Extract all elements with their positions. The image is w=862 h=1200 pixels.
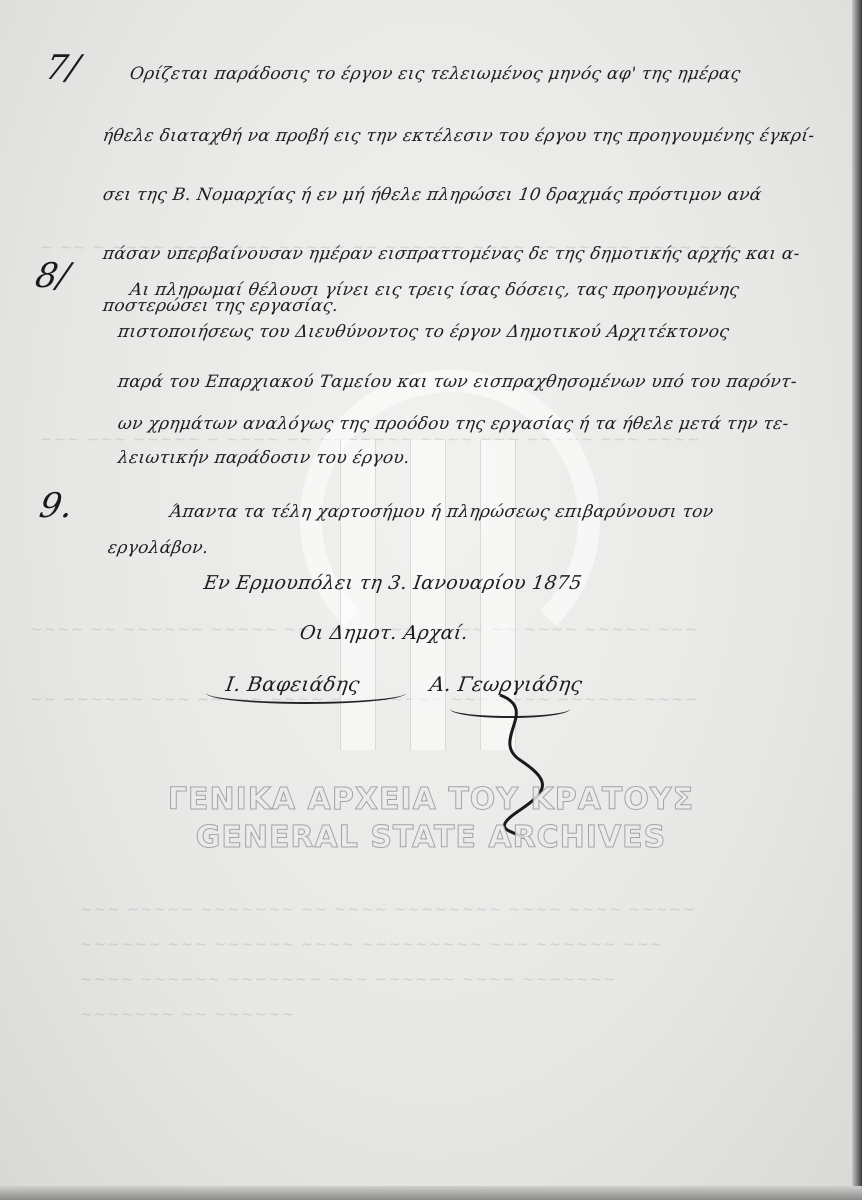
manuscript-line: ων χρημάτων αναλόγως της προόδου της εργ… (117, 414, 790, 434)
manuscript-line: παρά του Επαρχιακού Ταμείου και των εισπ… (117, 372, 799, 392)
place-and-date: Εν Ερμουπόλει τη 3. Ιανουαρίου 1875 (202, 572, 583, 594)
signature-flourish (206, 682, 406, 704)
manuscript-line: πιστοποιήσεως του Διευθύνοντος το έργον … (117, 322, 731, 342)
manuscript-line: Αι πληρωμαί θέλουσι γίνει εις τρεις ίσας… (129, 280, 741, 300)
paragraph-number: 7/ (42, 48, 82, 88)
bleed-through-text: ~~~~ ~~~~~~ ~~~~~~~ ~~~ ~~~~~~ ~~~~ ~~~~… (80, 970, 862, 988)
bleed-through-text: ~~~~~~ ~~~ ~~~~~~ ~~~~ ~~~~~~~~~ ~~~ ~~~… (80, 935, 862, 953)
manuscript-line: εργολάβον. (107, 538, 210, 558)
seal-bar-shape (410, 440, 446, 750)
paragraph-number: 9. (36, 486, 76, 526)
page-edge-shadow (852, 0, 862, 1200)
manuscript-line: λειωτικήν παράδοσιν του έργου. (117, 448, 412, 468)
signature-squiggle (480, 690, 560, 840)
watermark-greek: ΓΕΝΙΚΑ ΑΡΧΕΙΑ ΤΟΥ ΚΡΑΤΟΥΣ (0, 782, 862, 817)
bleed-through-text: ~~~ ~~~~~ ~~~~~~~ ~~ ~~~~ ~~~~~~~~ ~~~~ … (80, 900, 862, 918)
document-page: ~ ~~ ~ ~~~~ ~~~~ ~~~ ~~~~~ ~~ ~~~~~~ ~~~… (0, 0, 862, 1200)
seal-bar-shape (340, 440, 376, 750)
paragraph-number: 8/ (32, 256, 72, 296)
signing-authority: Οι Δημοτ. Αρχαί. (298, 622, 469, 644)
manuscript-line: πάσαν υπερβαίνουσαν ημέραν εισπραττομένα… (102, 244, 802, 264)
manuscript-line: Άπαντα τα τέλη χαρτοσήμου ή πληρώσεως επ… (169, 502, 715, 522)
manuscript-line: Ορίζεται παράδοσις το έργον εις τελειωμέ… (129, 64, 742, 84)
watermark-english: GENERAL STATE ARCHIVES (0, 820, 862, 855)
manuscript-line: ήθελε διαταχθή να προβή εις την εκτέλεσι… (102, 126, 816, 146)
manuscript-line: σει της Β. Νομαρχίας ή εν μή ήθελε πληρώ… (102, 185, 763, 205)
bleed-through-text: ~~~~~~~ ~~ ~~~~~~ (80, 1005, 862, 1023)
page-edge-shadow (0, 1186, 862, 1200)
